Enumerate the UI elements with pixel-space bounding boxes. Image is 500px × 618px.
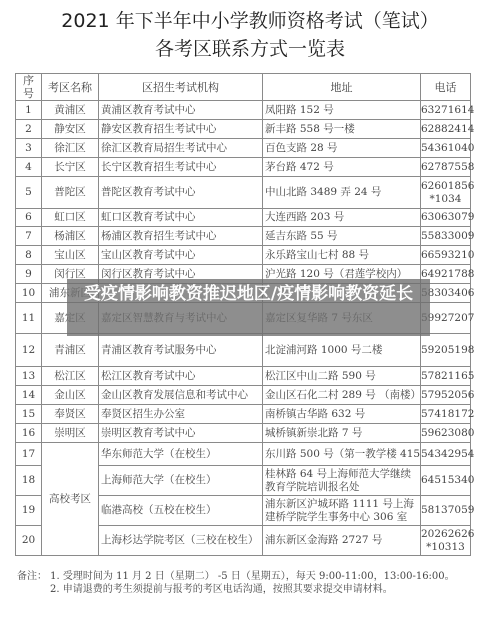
cell-no: 2 xyxy=(16,120,42,139)
table-row: 2 静安区 静安区教育招生考试中心 新丰路 558 号一楼 62882414 xyxy=(16,120,471,139)
cell-phone: 59623080 xyxy=(421,424,471,443)
cell-address: 百色支路 28 号 xyxy=(263,139,421,158)
cell-no: 4 xyxy=(16,158,42,177)
cell-no: 15 xyxy=(16,405,42,424)
cell-agency: 上海师范大学（在校生） xyxy=(99,466,263,496)
cell-address: 茅台路 472 号 xyxy=(263,158,421,177)
cell-phone: 64515340 xyxy=(421,466,471,496)
phone-main: 62601856 xyxy=(421,180,470,193)
table-row: 7 杨浦区 杨浦区教育招生考试中心 延吉东路 55 号 55833009 xyxy=(16,227,471,246)
cell-district: 普陀区 xyxy=(42,177,99,209)
cell-no: 12 xyxy=(16,334,42,367)
cell-agency: 徐汇区教育局招生考试中心 xyxy=(99,139,263,158)
cell-district: 虹口区 xyxy=(42,209,99,227)
cell-district: 黄浦区 xyxy=(42,101,99,120)
cell-no: 1 xyxy=(16,101,42,120)
phone-extension: *10313 xyxy=(421,541,470,554)
cell-agency: 长宁区教育招生考试中心 xyxy=(99,158,263,177)
cell-address: 南桥镇古华路 632 号 xyxy=(263,405,421,424)
cell-no: 6 xyxy=(16,209,42,227)
cell-agency: 黄浦区教育考试中心 xyxy=(99,101,263,120)
table-row: 6 虹口区 虹口区教育考试中心 大连西路 203 号 63063079 xyxy=(16,209,471,227)
table-row: 4 长宁区 长宁区教育招生考试中心 茅台路 472 号 62787558 xyxy=(16,158,471,177)
cell-phone: 62787558 xyxy=(421,158,471,177)
cell-address: 永乐路宝山七村 88 号 xyxy=(263,246,421,265)
cell-agency: 崇明区教育考试中心 xyxy=(99,424,263,443)
cell-no: 8 xyxy=(16,246,42,265)
cell-district-merged: 高校考区 xyxy=(42,443,99,556)
header-address: 地址 xyxy=(263,74,421,101)
phone-extension: *1034 xyxy=(421,193,470,206)
table-row: 13 松江区 松江区教育考试中心 松江区中山二路 590 号 57821165 xyxy=(16,367,471,386)
cell-address: 北淀浦河路 1000 号二楼 xyxy=(263,334,421,367)
cell-address: 松江区中山二路 590 号 xyxy=(263,367,421,386)
cell-district: 崇明区 xyxy=(42,424,99,443)
notes-section: 备注： 1. 受理时间为 11 月 2 日（星期二） -5 日（星期五），每天 … xyxy=(17,570,455,596)
table-row: 3 徐汇区 徐汇区教育局招生考试中心 百色支路 28 号 54361040 xyxy=(16,139,471,158)
table-row: 16 崇明区 崇明区教育考试中心 城桥镇新崇北路 7 号 59623080 xyxy=(16,424,471,443)
document-title-line1: 2021 年下半年中小学教师资格考试（笔试） xyxy=(0,6,500,33)
cell-no: 5 xyxy=(16,177,42,209)
cell-no: 10 xyxy=(16,284,42,303)
cell-agency: 宝山区教育考试中心 xyxy=(99,246,263,265)
cell-address: 延吉东路 55 号 xyxy=(263,227,421,246)
cell-phone: 66593210 xyxy=(421,246,471,265)
cell-district: 奉贤区 xyxy=(42,405,99,424)
cell-agency: 静安区教育招生考试中心 xyxy=(99,120,263,139)
cell-agency: 临港高校（五校在校生） xyxy=(99,496,263,526)
cell-district: 徐汇区 xyxy=(42,139,99,158)
cell-agency: 虹口区教育考试中心 xyxy=(99,209,263,227)
cell-no: 13 xyxy=(16,367,42,386)
note-line-1: 备注： 1. 受理时间为 11 月 2 日（星期二） -5 日（星期五），每天 … xyxy=(17,570,455,583)
cell-agency: 青浦区教育考试服务中心 xyxy=(99,334,263,367)
cell-phone: 63063079 xyxy=(421,209,471,227)
overlay-banner-text: 受疫情影响教资推迟地区/疫情影响教资延长 xyxy=(67,279,430,307)
cell-address: 城桥镇新崇北路 7 号 xyxy=(263,424,421,443)
cell-address: 浦东新区金海路 2727 号 xyxy=(263,526,421,556)
table-row: 12 青浦区 青浦区教育考试服务中心 北淀浦河路 1000 号二楼 592051… xyxy=(16,334,471,367)
cell-phone: 59205198 xyxy=(421,334,471,367)
cell-address: 中山北路 3489 弄 24 号 xyxy=(263,177,421,209)
cell-agency: 杨浦区教育招生考试中心 xyxy=(99,227,263,246)
cell-agency: 金山区教育发展信息和考试中心 xyxy=(99,386,263,405)
cell-phone: 57952056 xyxy=(421,386,471,405)
table-row: 15 奉贤区 奉贤区招生办公室 南桥镇古华路 632 号 57418172 xyxy=(16,405,471,424)
cell-phone: 63271614 xyxy=(421,101,471,120)
cell-no: 18 xyxy=(16,466,42,496)
table-row: 8 宝山区 宝山区教育考试中心 永乐路宝山七村 88 号 66593210 xyxy=(16,246,471,265)
cell-address: 桂林路 64 号上海师范大学继续教育学院培训报名处 xyxy=(263,466,421,496)
cell-phone: 20262626*10313 xyxy=(421,526,471,556)
cell-district: 长宁区 xyxy=(42,158,99,177)
cell-no: 16 xyxy=(16,424,42,443)
cell-district: 金山区 xyxy=(42,386,99,405)
cell-no: 14 xyxy=(16,386,42,405)
cell-address: 新丰路 558 号一楼 xyxy=(263,120,421,139)
document-title-line2: 各考区联系方式一览表 xyxy=(0,34,500,61)
cell-no: 3 xyxy=(16,139,42,158)
cell-address: 浦东新区沪城环路 1111 号上海建桥学院学生事务中心 306 室 xyxy=(263,496,421,526)
cell-district: 杨浦区 xyxy=(42,227,99,246)
cell-no: 20 xyxy=(16,526,42,556)
cell-agency: 普陀区教育考试中心 xyxy=(99,177,263,209)
cell-no: 7 xyxy=(16,227,42,246)
cell-phone: 62601856*1034 xyxy=(421,177,471,209)
cell-no: 19 xyxy=(16,496,42,526)
cell-address: 金山区石化二村 289 号 （南楼） xyxy=(263,386,421,405)
cell-no: 11 xyxy=(16,303,42,334)
table-row: 1 黄浦区 黄浦区教育考试中心 凤阳路 152 号 63271614 xyxy=(16,101,471,120)
cell-address: 东川路 500 号（第一教学楼 415） xyxy=(263,443,421,466)
header-no: 序号 xyxy=(16,74,42,101)
cell-phone: 55833009 xyxy=(421,227,471,246)
cell-address: 大连西路 203 号 xyxy=(263,209,421,227)
cell-district: 静安区 xyxy=(42,120,99,139)
table-row: 17 高校考区 华东师范大学（在校生） 东川路 500 号（第一教学楼 415）… xyxy=(16,443,471,466)
table-row: 14 金山区 金山区教育发展信息和考试中心 金山区石化二村 289 号 （南楼）… xyxy=(16,386,471,405)
cell-phone: 62882414 xyxy=(421,120,471,139)
header-agency: 区招生考试机构 xyxy=(99,74,263,101)
header-phone: 电话 xyxy=(421,74,471,101)
cell-agency: 上海杉达学院考区（三校在校生） xyxy=(99,526,263,556)
table-row: 5 普陀区 普陀区教育考试中心 中山北路 3489 弄 24 号 6260185… xyxy=(16,177,471,209)
cell-phone: 58137059 xyxy=(421,496,471,526)
cell-phone: 54361040 xyxy=(421,139,471,158)
phone-main: 20262626 xyxy=(421,528,470,541)
cell-phone: 57418172 xyxy=(421,405,471,424)
cell-agency: 松江区教育考试中心 xyxy=(99,367,263,386)
cell-agency: 奉贤区招生办公室 xyxy=(99,405,263,424)
note-line-2: 2. 申请退费的考生须提前与报考的考区电话沟通，按照其要求提交申请材料。 xyxy=(17,583,455,596)
cell-district: 青浦区 xyxy=(42,334,99,367)
cell-no: 17 xyxy=(16,443,42,466)
cell-no: 9 xyxy=(16,265,42,284)
cell-district: 松江区 xyxy=(42,367,99,386)
cell-phone: 57821165 xyxy=(421,367,471,386)
cell-district: 宝山区 xyxy=(42,246,99,265)
cell-agency: 华东师范大学（在校生） xyxy=(99,443,263,466)
cell-phone: 54342954 xyxy=(421,443,471,466)
cell-address: 凤阳路 152 号 xyxy=(263,101,421,120)
header-district: 考区名称 xyxy=(42,74,99,101)
table-header-row: 序号 考区名称 区招生考试机构 地址 电话 xyxy=(16,74,471,101)
